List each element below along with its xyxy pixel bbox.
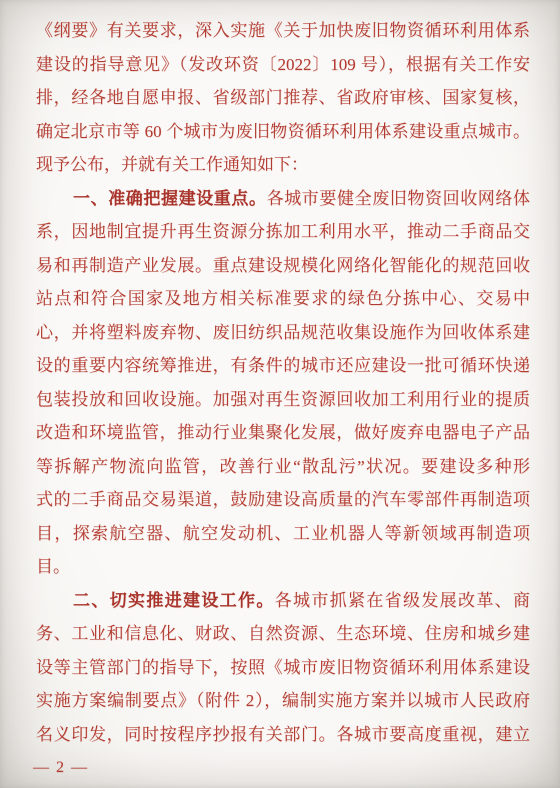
text-line-14: 等拆解产物流向监管，改善行业“散乱污”状况。要建设多种形 xyxy=(36,450,530,484)
text-line-13: 改造和环境监管，推动行业集聚化发展，做好废弃电器电子产品 xyxy=(36,416,530,450)
text-line-2: 建设的指导意见》（发改环资〔2022〕109 号），根据有关工作安 xyxy=(36,48,530,82)
body-text: 建设的指导意见》（发改环资〔2022〕109 号），根据有关工作安 xyxy=(36,55,530,74)
body-text: 等拆解产物流向监管，改善行业“散乱污”状况。要建设多种形 xyxy=(36,457,530,476)
section-heading-text: 二、切实推进建设工作。 xyxy=(73,591,275,610)
text-line-1: 《纲要》有关要求，深入实施《关于加快废旧物资循环利用体系 xyxy=(36,14,530,48)
text-line-19: 务、工业和信息化、财政、自然资源、生态环境、住房和城乡建 xyxy=(36,617,530,651)
body-text: 包装投放和回收设施。加强对再生资源回收加工利用行业的提质 xyxy=(36,390,530,409)
text-line-4: 确定北京市等 60 个城市为废旧物资循环利用体系建设重点城市。 xyxy=(36,115,530,149)
body-text: 《纲要》有关要求，深入实施《关于加快废旧物资循环利用体系 xyxy=(36,21,530,40)
body-text: 实施方案编制要点》（附件 2），编制实施方案并以城市人民政府 xyxy=(36,691,530,710)
body-text: 名义印发，同时按程序抄报有关部门。各城市要高度重视，建立 xyxy=(36,725,530,744)
body-text: 易和再制造产业发展。重点建设规模化网络化智能化的规范回收 xyxy=(36,256,530,275)
text-line-7: 系，因地制宜提升再生资源分拣加工利用水平，推动二手商品交 xyxy=(36,215,530,249)
text-line-3: 排，经各地自愿申报、省级部门推荐、省政府审核、国家复核， xyxy=(36,81,530,115)
body-text: 站点和符合国家及地方相关标准要求的绿色分拣中心、交易中 xyxy=(36,289,530,308)
body-text: 系，因地制宜提升再生资源分拣加工利用水平，推动二手商品交 xyxy=(36,222,530,241)
body-text: 式的二手商品交易渠道，鼓励建设高质量的汽车零部件再制造项 xyxy=(36,490,530,509)
text-line-15: 式的二手商品交易渠道，鼓励建设高质量的汽车零部件再制造项 xyxy=(36,483,530,517)
body-text: 改造和环境监管，推动行业集聚化发展，做好废弃电器电子产品 xyxy=(36,423,530,442)
body-text: 各城市抓紧在省级发展改革、商 xyxy=(275,591,530,610)
body-text: 目，探索航空器、航空发动机、工业机器人等新领域再制造项 xyxy=(36,524,530,543)
text-line-9: 站点和符合国家及地方相关标准要求的绿色分拣中心、交易中 xyxy=(36,282,530,316)
text-line-5: 现予公布，并就有关工作通知如下： xyxy=(36,148,530,182)
text-line-12: 包装投放和回收设施。加强对再生资源回收加工利用行业的提质 xyxy=(36,383,530,417)
body-text: 现予公布，并就有关工作通知如下： xyxy=(36,155,308,174)
text-line-22: 名义印发，同时按程序抄报有关部门。各城市要高度重视，建立 xyxy=(36,718,530,752)
body-text: 务、工业和信息化、财政、自然资源、生态环境、住房和城乡建 xyxy=(36,624,530,643)
text-line-16: 目，探索航空器、航空发动机、工业机器人等新领域再制造项 xyxy=(36,517,530,551)
body-text: 设的重要内容统筹推进，有条件的城市还应建设一批可循环快递 xyxy=(36,356,530,375)
body-text: 排，经各地自愿申报、省级部门推荐、省政府审核、国家复核， xyxy=(36,88,530,107)
text-line-6: 一、准确把握建设重点。各城市要健全废旧物资回收网络体 xyxy=(36,182,530,216)
text-line-17: 目。 xyxy=(36,550,530,584)
document-page: 《纲要》有关要求，深入实施《关于加快废旧物资循环利用体系建设的指导意见》（发改环… xyxy=(0,0,560,788)
document-body: 《纲要》有关要求，深入实施《关于加快废旧物资循环利用体系建设的指导意见》（发改环… xyxy=(36,14,530,751)
body-text: 心，并将塑料废弃物、废旧纺织品规范收集设施作为回收体系建 xyxy=(36,323,530,342)
body-text: 目。 xyxy=(36,557,70,576)
text-line-11: 设的重要内容统筹推进，有条件的城市还应建设一批可循环快递 xyxy=(36,349,530,383)
text-line-8: 易和再制造产业发展。重点建设规模化网络化智能化的规范回收 xyxy=(36,249,530,283)
text-line-20: 设等主管部门的指导下，按照《城市废旧物资循环利用体系建设 xyxy=(36,651,530,685)
text-line-18: 二、切实推进建设工作。各城市抓紧在省级发展改革、商 xyxy=(36,584,530,618)
page-number: — 2 — xyxy=(33,756,89,780)
text-line-10: 心，并将塑料废弃物、废旧纺织品规范收集设施作为回收体系建 xyxy=(36,316,530,350)
text-line-21: 实施方案编制要点》（附件 2），编制实施方案并以城市人民政府 xyxy=(36,684,530,718)
section-heading-text: 一、准确把握建设重点。 xyxy=(73,189,267,208)
body-text: 各城市要健全废旧物资回收网络体 xyxy=(267,189,530,208)
body-text: 设等主管部门的指导下，按照《城市废旧物资循环利用体系建设 xyxy=(36,658,530,677)
body-text: 确定北京市等 60 个城市为废旧物资循环利用体系建设重点城市。 xyxy=(36,122,530,141)
